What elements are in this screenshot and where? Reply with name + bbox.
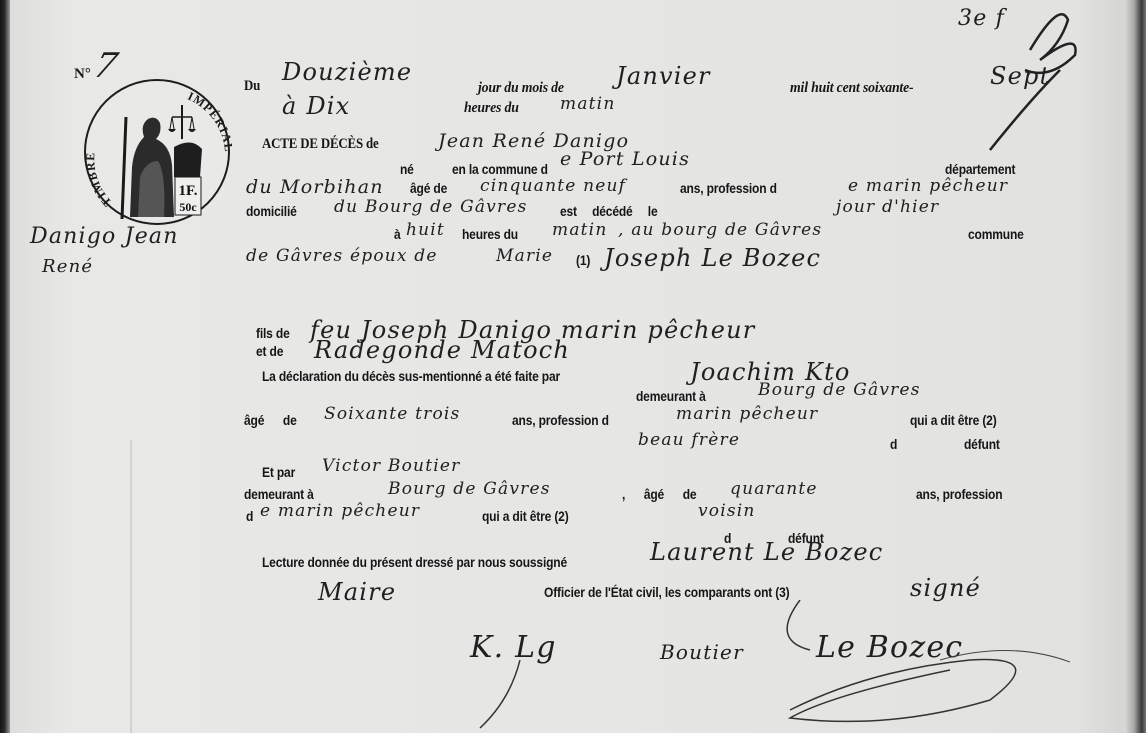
- commune2-label: commune: [968, 226, 1024, 242]
- declarant1-profession: marin pêcheur: [676, 404, 818, 424]
- departement-label: département: [945, 161, 1015, 177]
- acte-label: ACTE DE DÉCÈS de: [262, 136, 379, 153]
- demeurant2-label: demeurant à: [244, 486, 314, 502]
- left-binding-edge: [0, 0, 10, 733]
- declarant1-ans-profession-label: ans, profession d: [512, 412, 609, 428]
- declarant2-age: quarante: [730, 479, 818, 499]
- heures-value: matin: [560, 94, 615, 114]
- commune-value: e Port Louis: [560, 148, 690, 170]
- imperial-stamp-icon: TIMBRE IMPÉRIAL 1F. 50c: [82, 77, 232, 227]
- declarant2-profession: e marin pêcheur: [260, 501, 420, 521]
- heures-label: heures du: [464, 100, 519, 117]
- est-decede-label: est décédé le: [560, 203, 657, 219]
- age-value: cinquante neuf: [480, 176, 626, 196]
- et-par-label: Et par: [262, 464, 295, 480]
- spouse-value: Joseph Le Bozec: [604, 244, 821, 272]
- ans-profession2-label: ans, profession: [916, 486, 1002, 502]
- signed-value: signé: [910, 574, 981, 602]
- paper-crease: [130, 440, 132, 733]
- jour-label: jour du mois de: [478, 80, 564, 97]
- officer-label: Officier de l'État civil, les comparants…: [544, 584, 790, 600]
- signature-3: Le Bozec: [816, 630, 963, 665]
- age-label: âgé de: [410, 180, 447, 196]
- heure-deces-value: huit: [406, 220, 445, 240]
- mother-value: Radegonde Matoch: [314, 336, 570, 364]
- day-value: Douzième: [282, 58, 412, 86]
- qui-a-dit2-label: qui a dit être (2): [482, 508, 569, 524]
- declarant1-residence: Bourg de Gâvres: [758, 380, 921, 400]
- a-label: à: [394, 226, 401, 242]
- declarant2-age-label: , âgé de: [622, 486, 696, 502]
- declarant2-name: Victor Boutier: [322, 456, 460, 476]
- margin-name-line2: René: [42, 256, 93, 277]
- note1-label: (1): [576, 252, 590, 268]
- departement-value: du Morbihan: [246, 176, 384, 198]
- stamp-price-centimes: 50c: [179, 200, 197, 214]
- qui-a-dit-label: qui a dit être (2): [910, 412, 997, 428]
- year-label: mil huit cent soixante-: [790, 80, 913, 97]
- officer-value: Laurent Le Bozec: [650, 538, 883, 566]
- document-page: N° 7 TIMBRE IMPÉRIAL 1F. 50c 3e f: [0, 0, 1146, 733]
- profession-value: e marin pêcheur: [848, 176, 1008, 196]
- d-label: d: [890, 436, 897, 452]
- lecture-label: Lecture donnée du présent dressé par nou…: [262, 554, 567, 570]
- signature-1: K. Lg: [470, 630, 557, 665]
- d2-label: d: [246, 508, 253, 524]
- domicile-value: du Bourg de Gâvres: [334, 197, 528, 217]
- moment-value: matin: [552, 220, 607, 240]
- declarant1-age: Soixante trois: [324, 404, 460, 424]
- ne-label: né: [400, 161, 414, 177]
- month-value: Janvier: [616, 62, 711, 90]
- date-deces-value: jour d'hier: [836, 197, 939, 217]
- maire-value: Maire: [318, 578, 396, 606]
- commune2-value: de Gâvres époux de: [246, 246, 438, 266]
- stamp-price-francs: 1F.: [178, 183, 197, 199]
- year-value: Sept: [990, 62, 1050, 90]
- du-label: Du: [244, 78, 260, 95]
- time-value: à Dix: [282, 92, 350, 120]
- declarant1-relation: beau frère: [638, 430, 740, 450]
- heures-du-label: heures du: [462, 226, 518, 242]
- declaration-intro: La déclaration du décès sus-mentionné a …: [262, 368, 560, 384]
- commune-label: en la commune d: [452, 161, 548, 177]
- declarant2-relation: voisin: [698, 501, 756, 521]
- defunt-label: défunt: [964, 436, 1000, 452]
- corner-note: 3e f: [958, 6, 1005, 31]
- domicilie-label: domicilié: [246, 203, 297, 219]
- right-page-edge: [1124, 0, 1146, 733]
- et-de-label: et de: [256, 343, 283, 359]
- signature-2: Boutier: [660, 640, 744, 664]
- ans-profession-label: ans, profession d: [680, 180, 777, 196]
- declarant2-residence: Bourg de Gâvres: [388, 479, 551, 499]
- signature-flourish-icon: [770, 600, 1070, 730]
- fils-label: fils de: [256, 325, 290, 341]
- veuf-value: Marie: [496, 246, 553, 266]
- signature-stroke-icon: [470, 660, 550, 730]
- demeurant-label: demeurant à: [636, 388, 706, 404]
- declarant1-age-label: âgé de: [244, 412, 297, 428]
- margin-name-line1: Danigo Jean: [30, 224, 179, 249]
- lieu-value: , au bourg de Gâvres: [618, 220, 822, 240]
